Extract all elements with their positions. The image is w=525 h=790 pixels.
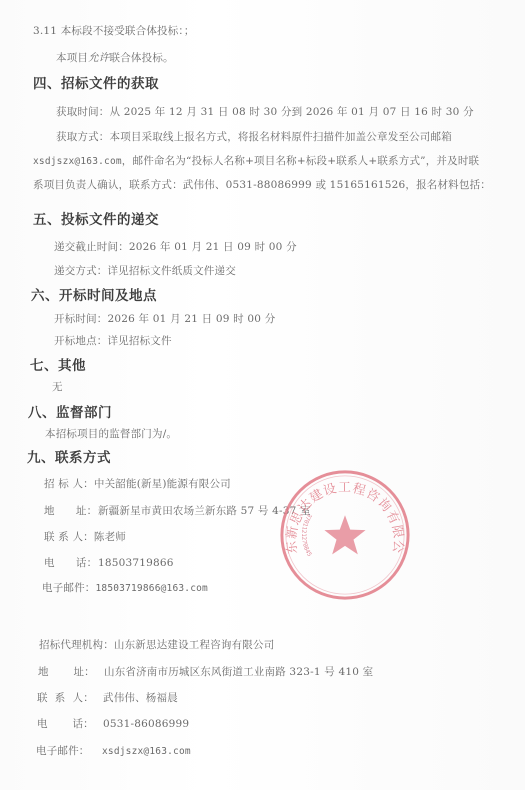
acquire-method-line1: 获取方式：本项目采取线上报名方式，将报名材料原件扫描件加盖公章发至公司邮箱 — [56, 129, 452, 144]
field-label: 电子邮件： — [42, 582, 96, 594]
agency-phone: 0531-86086999 — [103, 718, 189, 730]
agency-contact: 武伟伟、杨福晨 — [103, 692, 178, 704]
agency-email: xsdjszx@163.com — [102, 746, 191, 757]
section-heading-9: 九、联系方式 — [27, 446, 111, 466]
clause-emphasis: 允许 — [88, 52, 109, 64]
clause-3-11-title: 3.11 本标段不接受联合体投标：； — [33, 23, 195, 38]
email-link: xsdjszx@163.com — [33, 156, 122, 167]
field-label: 地 址： — [44, 503, 98, 518]
company-seal-stamp: 山东新思达建设工程咨询有限公司 3701121270845 — [276, 466, 414, 604]
field-label: 联 系 人： — [37, 690, 103, 705]
tenderer-phone: 18503719866 — [98, 557, 174, 569]
agency-phone-row: 电 话：0531-86086999 — [37, 716, 189, 731]
submit-deadline: 递交截止时间：2026 年 01 月 21 日 09 时 00 分 — [54, 239, 297, 254]
field-label: 招 标 人： — [44, 478, 94, 490]
acquire-method-line3: 系项目负责人确认，联系方式：武伟伟、0531-88086999 或 151651… — [33, 177, 491, 192]
field-label: 联 系 人： — [44, 531, 94, 543]
clause-3-11-body: 本项目允许联合体投标。 — [56, 50, 174, 65]
tenderer-name-row: 招 标 人：中关韶能(新星)能源有限公司 — [44, 476, 231, 491]
section-heading-4: 四、招标文件的获取 — [33, 72, 159, 92]
field-label: 电子邮件： — [36, 743, 102, 758]
other-body: 无 — [52, 379, 63, 394]
star-icon — [324, 515, 365, 554]
tenderer-phone-row: 电 话：18503719866 — [44, 555, 174, 570]
acquire-time: 获取时间：从 2025 年 12 月 31 日 08 时 30 分到 2026 … — [56, 104, 474, 119]
tenderer-email: 18503719866@163.com — [96, 583, 208, 594]
submit-method: 递交方式：详见招标文件纸质文件递交 — [54, 263, 236, 278]
field-label: 招标代理机构： — [39, 639, 114, 651]
clause-text: 本项目 — [56, 52, 88, 64]
document-page: 3.11 本标段不接受联合体投标：； 本项目允许联合体投标。 四、招标文件的获取… — [0, 0, 525, 790]
agency-email-row: 电子邮件：xsdjszx@163.com — [36, 743, 191, 758]
field-label: 电 话： — [37, 716, 103, 731]
agency-name-row: 招标代理机构：山东新思达建设工程咨询有限公司 — [39, 637, 274, 652]
supervision-body: 本招标项目的监督部门为/。 — [45, 426, 177, 441]
section-heading-8: 八、监督部门 — [28, 401, 112, 421]
field-label: 地 址： — [38, 664, 104, 679]
field-label: 电 话： — [44, 555, 98, 570]
section-heading-6: 六、开标时间及地点 — [31, 284, 157, 304]
agency-contact-row: 联 系 人：武伟伟、杨福晨 — [37, 690, 178, 705]
acquire-method-text: ，邮件命名为“投标人名称+项目名称+标段+联系人+联系方式”，并及时联 — [122, 155, 479, 167]
section-heading-7: 七、其他 — [30, 354, 86, 374]
agency-address-row: 地 址：山东省济南市历城区东风街道工业南路 323-1 号 410 室 — [38, 664, 373, 679]
tenderer-address-row: 地 址：新疆新星市黄田农场兰新东路 57 号 4-37 室 — [44, 503, 311, 518]
tenderer-contact-row: 联 系 人：陈老师 — [44, 529, 126, 544]
opening-time: 开标时间：2026 年 01 月 21 日 09 时 00 分 — [54, 311, 275, 326]
opening-place: 开标地点：详见招标文件 — [54, 333, 172, 348]
acquire-method-line2: xsdjszx@163.com，邮件命名为“投标人名称+项目名称+标段+联系人+… — [33, 153, 479, 168]
section-heading-5: 五、投标文件的递交 — [33, 208, 159, 228]
agency-address: 山东省济南市历城区东风街道工业南路 323-1 号 410 室 — [104, 666, 373, 678]
tenderer-name: 中关韶能(新星)能源有限公司 — [94, 478, 231, 490]
tenderer-contact: 陈老师 — [94, 531, 126, 543]
tenderer-email-row: 电子邮件：18503719866@163.com — [42, 580, 208, 595]
agency-name: 山东新思达建设工程咨询有限公司 — [114, 639, 275, 651]
clause-text: 联合体投标。 — [110, 52, 174, 64]
